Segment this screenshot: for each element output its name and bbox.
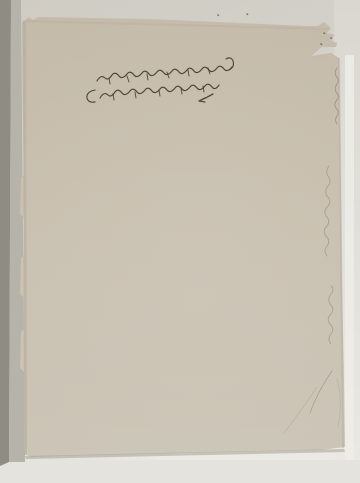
manuscript-photo bbox=[0, 0, 360, 483]
paper-sheet-sheen bbox=[20, 17, 345, 457]
sleeve-edge-highlight bbox=[345, 55, 354, 483]
backing-bottom-band bbox=[0, 460, 360, 483]
photo-canvas bbox=[0, 0, 360, 483]
